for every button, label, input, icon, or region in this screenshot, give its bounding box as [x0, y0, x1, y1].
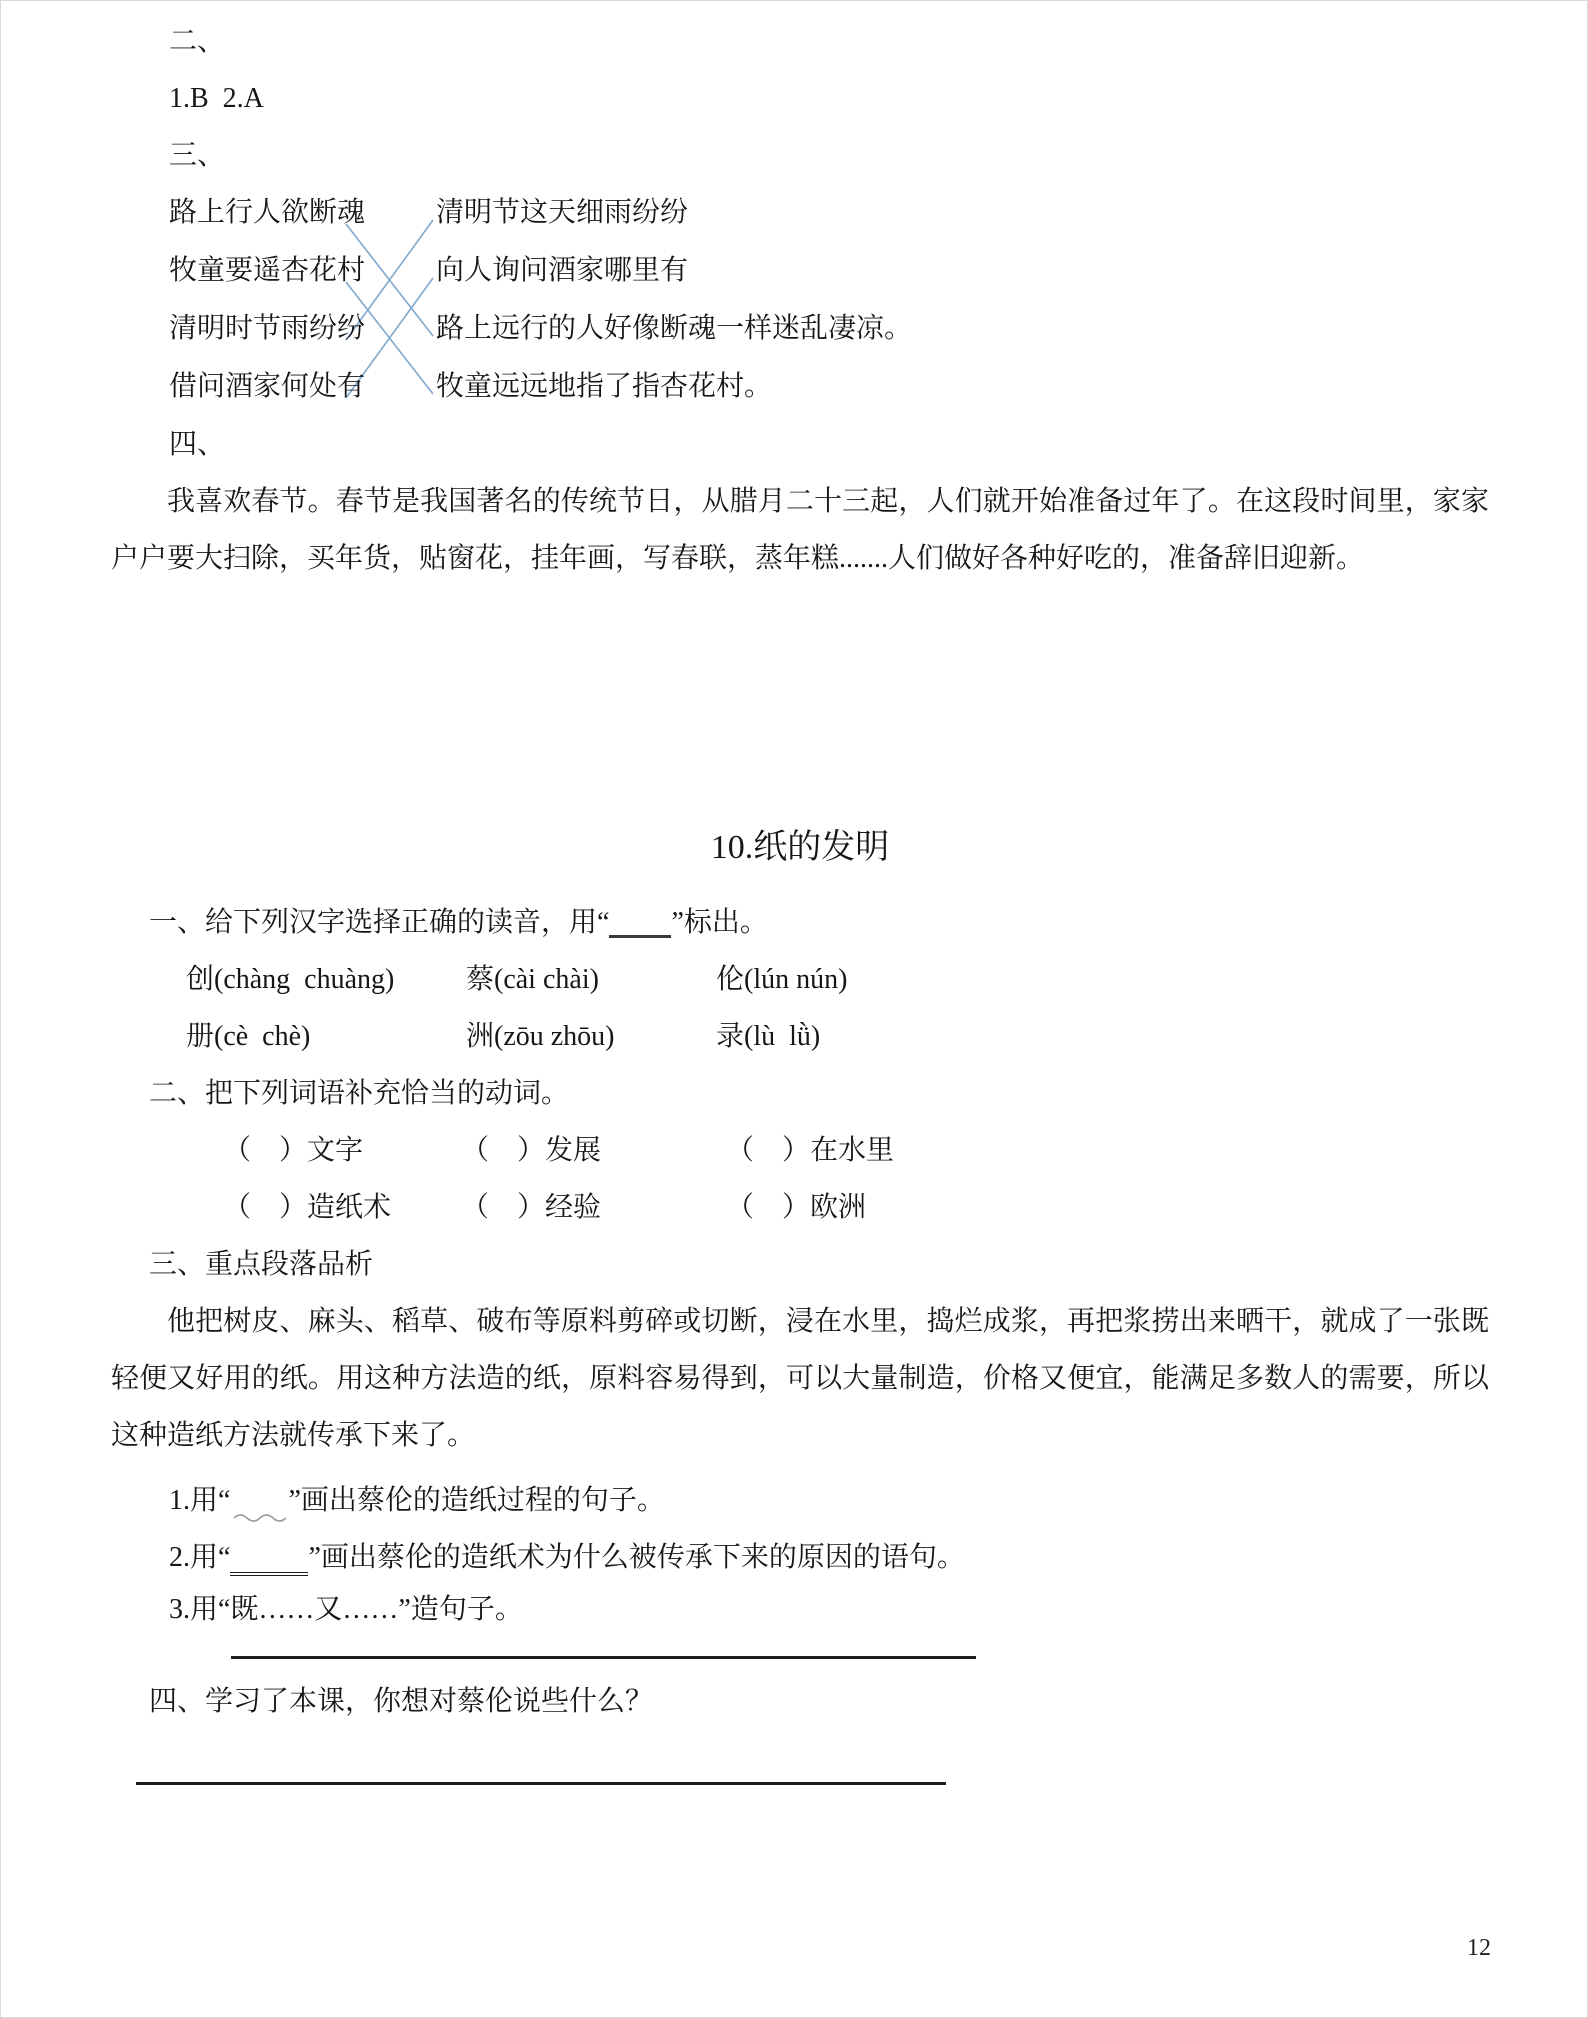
double-underline-blank [230, 1538, 308, 1576]
pinyin-option: 录(lù lǜ) [716, 1008, 820, 1065]
worksheet-page: 二、 1.B 2.A 三、 路上行人欲断魂 清明节这天细雨纷纷 牧童要遥杏花村 … [0, 0, 1588, 2018]
matching-left-item: 清明时节雨纷纷 [169, 300, 365, 358]
underline-blank [609, 905, 671, 938]
matching-row: 清明时节雨纷纷 路上远行的人好像断魂一样迷乱凄凉。 [111, 300, 1489, 358]
pinyin-option: 蔡(cài chài) [466, 951, 716, 1008]
question-1-label-suffix: ”标出。 [671, 907, 767, 938]
lesson-title: 10.纸的发明 [111, 819, 1489, 876]
answer-section2-label: 二、 [169, 13, 1489, 70]
pinyin-option: 创(chàng chuàng) [186, 951, 466, 1008]
question-4-heading: 四、学习了本课，你想对蔡伦说些什么？ [149, 1673, 1489, 1730]
matching-right-item: 路上远行的人好像断魂一样迷乱凄凉。 [436, 300, 912, 358]
answer-section4-label: 四、 [169, 416, 1489, 473]
question-3-heading: 三、重点段落品析 [149, 1236, 1489, 1293]
matching-left-item: 牧童要遥杏花村 [169, 242, 365, 300]
page-content: 二、 1.B 2.A 三、 路上行人欲断魂 清明节这天细雨纷纷 牧童要遥杏花村 … [111, 1, 1489, 1785]
matching-right-item: 向人询问酒家哪里有 [436, 242, 688, 300]
verb-blank-option: （ ）发展 [461, 1122, 726, 1179]
answer-section4-paragraph: 我喜欢春节。春节是我国著名的传统节日，从腊月二十三起，人们就开始准备过年了。在这… [111, 473, 1489, 587]
matching-exercise: 路上行人欲断魂 清明节这天细雨纷纷 牧童要遥杏花村 向人询问酒家哪里有 清明时节… [111, 184, 1489, 416]
pinyin-choice-row: 创(chàng chuàng) 蔡(cài chài) 伦(lún nún) [186, 951, 1489, 1008]
verb-blank-option: （ ）经验 [461, 1179, 726, 1236]
question-3-item-1: 1.用“”画出蔡伦的造纸过程的句子。 [169, 1472, 1489, 1529]
verb-blank-option: （ ）欧洲 [726, 1179, 866, 1236]
pinyin-option: 伦(lún nún) [716, 951, 847, 1008]
question-2-heading: 二、把下列词语补充恰当的动词。 [149, 1065, 1489, 1122]
pinyin-option: 洲(zōu zhōu) [466, 1008, 716, 1065]
matching-left-item: 借问酒家何处有 [169, 358, 365, 416]
answer-blank-line [231, 1656, 976, 1659]
answer-section3-label: 三、 [169, 127, 1489, 184]
question-1-heading: 一、给下列汉字选择正确的读音，用“”标出。 [149, 894, 1489, 951]
matching-row: 借问酒家何处有 牧童远远地指了指杏花村。 [111, 358, 1489, 416]
question-3-item-2: 2.用“”画出蔡伦的造纸术为什么被传承下来的原因的语句。 [169, 1529, 1489, 1586]
matching-row: 牧童要遥杏花村 向人询问酒家哪里有 [111, 242, 1489, 300]
section-gap [111, 587, 1489, 819]
verb-blank-row: （ ）文字 （ ）发展 （ ）在水里 [223, 1122, 1489, 1179]
matching-right-item: 清明节这天细雨纷纷 [436, 184, 688, 242]
analysis-paragraph: 他把树皮、麻头、稻草、破布等原料剪碎或切断，浸在水里，捣烂成浆，再把浆捞出来晒干… [111, 1293, 1489, 1464]
matching-right-item: 牧童远远地指了指杏花村。 [436, 358, 772, 416]
verb-blank-row: （ ）造纸术 （ ）经验 （ ）欧洲 [223, 1179, 1489, 1236]
wavy-line-icon [232, 1512, 286, 1524]
page-number: 12 [1467, 1935, 1491, 1962]
verb-blank-option: （ ）造纸术 [223, 1179, 461, 1236]
question-3-item-3: 3.用“既……又……”造句子。 [169, 1586, 1489, 1633]
matching-left-item: 路上行人欲断魂 [169, 184, 365, 242]
question-3-items: 1.用“”画出蔡伦的造纸过程的句子。 2.用“”画出蔡伦的造纸术为什么被传承下来… [111, 1472, 1489, 1633]
verb-blank-option: （ ）在水里 [726, 1122, 894, 1179]
wavy-underline-blank [230, 1486, 288, 1516]
pinyin-choice-row: 册(cè chè) 洲(zōu zhōu) 录(lù lǜ) [186, 1008, 1489, 1065]
answer-section2-values: 1.B 2.A [169, 70, 1489, 127]
answer-blank-line [136, 1782, 946, 1785]
question-1-label-prefix: 一、给下列汉字选择正确的读音，用“ [149, 907, 609, 938]
verb-blank-option: （ ）文字 [223, 1122, 461, 1179]
pinyin-option: 册(cè chè) [186, 1008, 466, 1065]
matching-row: 路上行人欲断魂 清明节这天细雨纷纷 [111, 184, 1489, 242]
